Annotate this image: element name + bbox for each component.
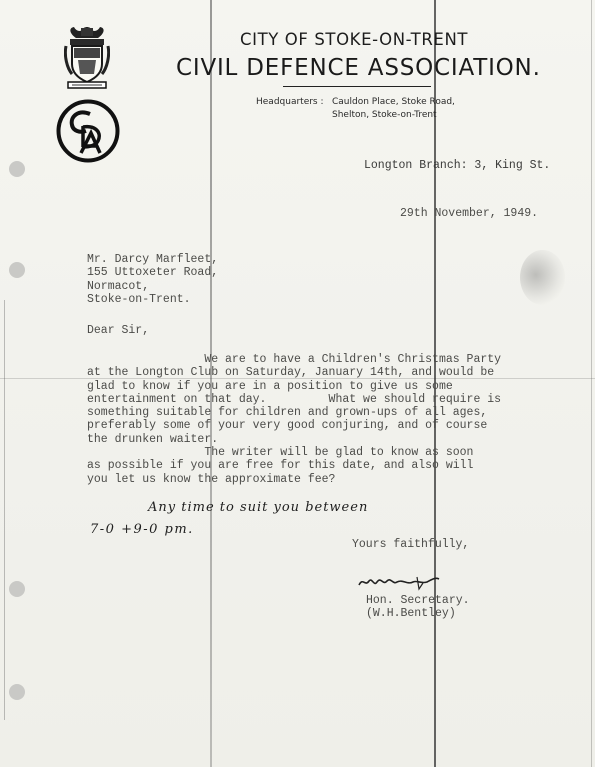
handwritten-note-line1: Any time to suit you between (148, 500, 368, 515)
handwritten-note-line2: 7-0 +9-0 pm. (90, 522, 194, 537)
recipient-town: Normacot, (87, 280, 218, 293)
signature-scrawl (357, 573, 443, 591)
body-line: entertainment on that day. What we shoul… (87, 393, 501, 406)
cda-logo (56, 99, 120, 163)
letterhead-divider (283, 86, 431, 87)
body-line: you let us know the approximate fee? (87, 473, 473, 486)
body-line: preferably some of your very good conjur… (87, 419, 501, 432)
recipient-address: Mr. Darcy Marfleet,155 Uttoxeter Road,No… (87, 253, 218, 306)
body-line: glad to know if you are in a position to… (87, 380, 501, 393)
body-line: at the Longton Club on Saturday, January… (87, 366, 501, 379)
punch-hole (9, 161, 25, 177)
signer-name: (W.H.Bentley) (366, 607, 456, 620)
recipient-city: Stoke-on-Trent. (87, 293, 218, 306)
headquarters-label: Headquarters : (256, 97, 324, 107)
punch-hole (9, 262, 25, 278)
body-line: the drunken waiter. (87, 433, 501, 446)
signer-title: Hon. Secretary. (366, 594, 470, 607)
cda-roundel-icon (56, 99, 120, 163)
letterhead-city: CITY OF STOKE-ON-TRENT (240, 30, 468, 49)
torn-edge (4, 300, 5, 720)
letter-page: CITY OF STOKE-ON-TRENT CIVIL DEFENCE ASS… (0, 0, 595, 767)
body-line: We are to have a Children's Christmas Pa… (87, 353, 501, 366)
punch-hole (9, 684, 25, 700)
branch-address: Longton Branch: 3, King St. (364, 159, 550, 172)
punch-hole (9, 581, 25, 597)
body-line: The writer will be glad to know as soon (87, 446, 473, 459)
recipient-street: 155 Uttoxeter Road, (87, 266, 218, 279)
headquarters-address-line2: Shelton, Stoke-on-Trent (332, 110, 437, 120)
paper-stain (520, 250, 565, 305)
page-edge (591, 0, 592, 767)
body-paragraph-2: The writer will be glad to know as soona… (87, 446, 473, 486)
coat-of-arms-icon (64, 24, 110, 90)
letter-date: 29th November, 1949. (400, 207, 538, 220)
letterhead-association: CIVIL DEFENCE ASSOCIATION. (176, 55, 541, 81)
body-paragraph-1: We are to have a Children's Christmas Pa… (87, 353, 501, 446)
headquarters-address-line1: Cauldon Place, Stoke Road, (332, 97, 455, 107)
body-line: something suitable for children and grow… (87, 406, 501, 419)
recipient-name: Mr. Darcy Marfleet, (87, 253, 218, 266)
body-line: as possible if you are free for this dat… (87, 459, 473, 472)
closing: Yours faithfully, (352, 538, 469, 551)
salutation: Dear Sir, (87, 324, 149, 337)
